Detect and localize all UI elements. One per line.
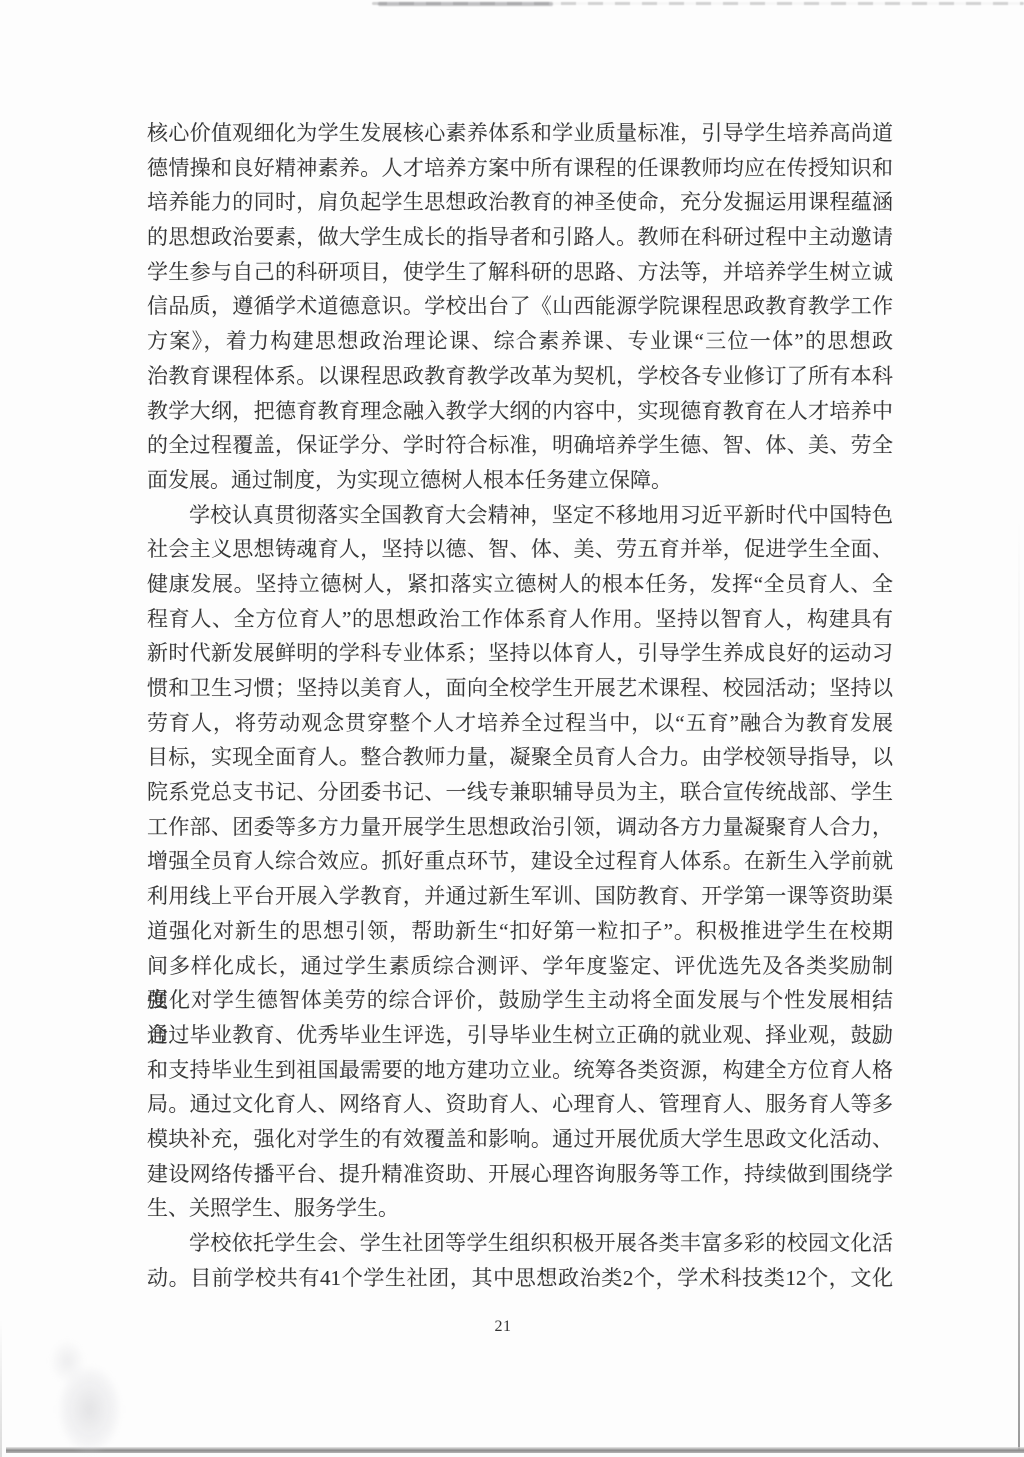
text-line: 动。目前学校共有41个学生社团，其中思想政治类2个，学术科技类12个，文化 bbox=[147, 1261, 893, 1296]
text-line: 治教育课程体系。以课程思政教育教学改革为契机，学校各专业修订了所有本科 bbox=[147, 359, 893, 394]
text-line: 学校认真贯彻落实全国教育大会精神，坚定不移地用习近平新时代中国特色 bbox=[147, 498, 893, 533]
text-line: 目标，实现全面育人。整合教师力量，凝聚全员育人合力。由学校领导指导，以 bbox=[147, 740, 893, 775]
text-line: 的全过程覆盖，保证学分、学时符合标准，明确培养学生德、智、体、美、劳全 bbox=[147, 428, 893, 463]
text-line: 社会主义思想铸魂育人，坚持以德、智、体、美、劳五育并举，促进学生全面、 bbox=[147, 532, 893, 567]
text-line: 劳育人，将劳动观念贯穿整个人才培养全过程当中，以“五育”融合为教育发展 bbox=[147, 706, 893, 741]
text-line: 间多样化成长，通过学生素质综合测评、学年度鉴定、评优选先及各类奖励制度， bbox=[147, 949, 893, 984]
text-line: 建设网络传播平台、提升精准资助、开展心理咨询服务等工作，持续做到围绕学 bbox=[147, 1157, 893, 1192]
text-line: 信品质，遵循学术道德意识。学校出台了《山西能源学院课程思政教育教学工作 bbox=[147, 289, 893, 324]
text-line: 核心价值观细化为学生发展核心素养体系和学业质量标准，引导学生培养高尚道 bbox=[147, 116, 893, 151]
text-line: 局。通过文化育人、网络育人、资助育人、心理育人、管理育人、服务育人等多 bbox=[147, 1087, 893, 1122]
text-line: 学生参与自己的科研项目，使学生了解科研的思路、方法等，并培养学生树立诚 bbox=[147, 255, 893, 290]
text-line: 工作部、团委等多方力量开展学生思想政治引领，调动各方力量凝聚育人合力， bbox=[147, 810, 893, 845]
text-line: 和支持毕业生到祖国最需要的地方建功立业。统筹各类资源，构建全方位育人格 bbox=[147, 1053, 893, 1088]
text-line: 教学大纲，把德育教育理念融入教学大纲的内容中，实现德育教育在人才培养中 bbox=[147, 394, 893, 429]
text-line: 强化对学生德智体美劳的综合评价，鼓励学生主动将全面发展与个性发展相结合。 bbox=[147, 983, 893, 1018]
text-line: 方案》，着力构建思想政治理论课、综合素养课、专业课“三位一体”的思想政 bbox=[147, 324, 893, 359]
scan-artifact-left-edge bbox=[0, 1320, 2, 1457]
scan-artifact-corner-smudge bbox=[18, 1335, 148, 1455]
text-line: 程育人、全方位育人”的思想政治工作体系育人作用。坚持以智育人，构建具有 bbox=[147, 602, 893, 637]
scanned-document-page: 核心价值观细化为学生发展核心素养体系和学业质量标准，引导学生培养高尚道 德情操和… bbox=[0, 0, 1024, 1457]
paragraph: 学校认真贯彻落实全国教育大会精神，坚定不移地用习近平新时代中国特色 社会主义思想… bbox=[147, 498, 893, 1226]
text-line: 德情操和良好精神素养。人才培养方案中所有课程的任课教师均应在传授知识和 bbox=[147, 151, 893, 186]
text-line: 利用线上平台开展入学教育，并通过新生军训、国防教育、开学第一课等资助渠 bbox=[147, 879, 893, 914]
text-line: 院系党总支书记、分团委书记、一线专兼职辅导员为主，联合宣传统战部、学生 bbox=[147, 775, 893, 810]
scan-artifact-top-line bbox=[372, 2, 1024, 5]
text-line: 培养能力的同时，肩负起学生思想政治教育的神圣使命，充分发掘运用课程蕴涵 bbox=[147, 185, 893, 220]
document-body: 核心价值观细化为学生发展核心素养体系和学业质量标准，引导学生培养高尚道 德情操和… bbox=[147, 116, 893, 1295]
text-line: 学校依托学生会、学生社团等学生组织积极开展各类丰富多彩的校园文化活 bbox=[147, 1226, 893, 1261]
text-line: 模块补充，强化对学生的有效覆盖和影响。通过开展优质大学生思政文化活动、 bbox=[147, 1122, 893, 1157]
scan-artifact-right-edge bbox=[1018, 520, 1020, 1452]
scan-artifact-top-dark bbox=[378, 2, 553, 6]
text-line: 生、关照学生、服务学生。 bbox=[147, 1191, 893, 1226]
page-number: 21 bbox=[0, 1318, 1006, 1336]
text-line: 健康发展。坚持立德树人，紧扣落实立德树人的根本任务，发挥“全员育人、全 bbox=[147, 567, 893, 602]
text-line: 面发展。通过制度，为实现立德树人根本任务建立保障。 bbox=[147, 463, 893, 498]
text-line: 增强全员育人综合效应。抓好重点环节，建设全过程育人体系。在新生入学前就 bbox=[147, 844, 893, 879]
text-line: 新时代新发展鲜明的学科专业体系；坚持以体育人，引导学生养成良好的运动习 bbox=[147, 636, 893, 671]
text-line: 道强化对新生的思想引领，帮助新生“扣好第一粒扣子”。积极推进学生在校期 bbox=[147, 914, 893, 949]
scan-artifact-bottom-edge bbox=[6, 1447, 1024, 1453]
paragraph: 学校依托学生会、学生社团等学生组织积极开展各类丰富多彩的校园文化活 动。目前学校… bbox=[147, 1226, 893, 1295]
paragraph: 核心价值观细化为学生发展核心素养体系和学业质量标准，引导学生培养高尚道 德情操和… bbox=[147, 116, 893, 498]
text-line: 的思想政治要素，做大学生成长的指导者和引路人。教师在科研过程中主动邀请 bbox=[147, 220, 893, 255]
text-line: 通过毕业教育、优秀毕业生评选，引导毕业生树立正确的就业观、择业观，鼓励 bbox=[147, 1018, 893, 1053]
text-line: 惯和卫生习惯；坚持以美育人，面向全校学生开展艺术课程、校园活动；坚持以 bbox=[147, 671, 893, 706]
